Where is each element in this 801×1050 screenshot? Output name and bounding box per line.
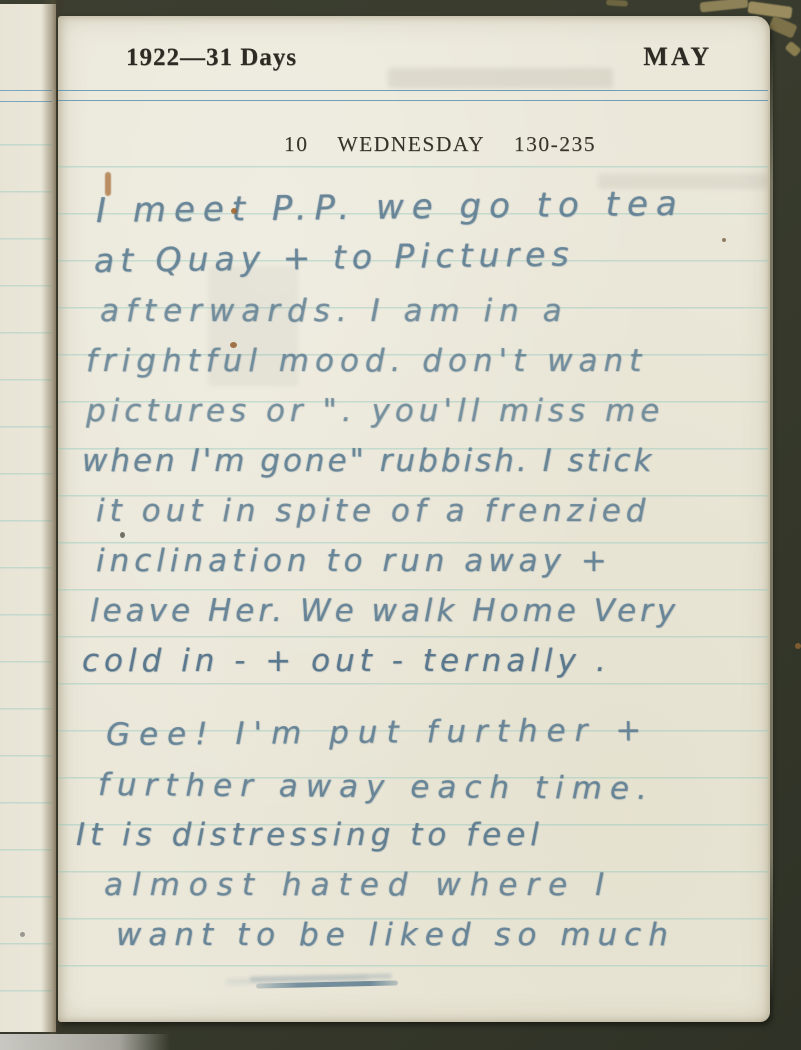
handwriting-line: leave Her. We walk Home Very (90, 586, 764, 636)
foxing-speck (20, 932, 25, 937)
cover-fray-thread (700, 0, 749, 12)
page-reference-number: 130-235 (514, 132, 596, 156)
scanner-bed-corner (0, 1034, 170, 1050)
printed-page-header: 1922—31 Days MAY (58, 42, 770, 72)
printed-date-line: 10 WEDNESDAY 130-235 (84, 132, 796, 157)
handwriting-line: want to be liked so much (116, 910, 764, 960)
handwriting-line: inclination to run away + (96, 536, 764, 586)
handwriting-line: when I'm gone" rubbish. I stick (82, 436, 764, 486)
cover-fray-thread (606, 0, 628, 7)
handwriting-line: frightful mood. don't want (86, 336, 764, 386)
handwriting-line: it out in spite of a frenzied (96, 486, 764, 536)
cover-fray-thread (768, 15, 797, 38)
diary-scan: 1922—31 Days MAY 10 WEDNESDAY 130-235 I … (0, 0, 801, 1050)
handwriting-line: further away each time. (98, 760, 764, 815)
foxing-speck (120, 532, 125, 538)
handwriting-line: Gee! I'm put further + (106, 704, 764, 760)
foxing-speck (105, 172, 111, 196)
foxing-speck (795, 643, 801, 649)
weekday-label: WEDNESDAY (337, 132, 485, 156)
handwritten-entry: I meet P.P. we go to tea at Quay + to Pi… (74, 186, 764, 960)
day-number: 10 (284, 132, 309, 156)
diary-page: 1922—31 Days MAY 10 WEDNESDAY 130-235 I … (58, 16, 770, 1022)
cover-fray-thread (784, 41, 801, 58)
foxing-speck (231, 208, 237, 214)
foxing-speck (722, 238, 726, 242)
handwriting-line: It is distressing to feel (76, 810, 764, 860)
page-stack-edge (768, 40, 773, 1000)
month-label: MAY (643, 42, 712, 72)
year-days-label: 1922—31 Days (126, 44, 297, 72)
handwriting-line: cold in - + out - ternally . (82, 636, 764, 686)
handwriting-line: afterwards. I am in a (100, 286, 764, 336)
handwriting-line: almost hated where I (104, 860, 764, 910)
handwriting-line: pictures or ". you'll miss me (86, 386, 764, 436)
foxing-speck (230, 342, 237, 348)
header-double-rule (58, 90, 768, 101)
handwriting-line: at Quay + to Pictures (94, 227, 765, 286)
